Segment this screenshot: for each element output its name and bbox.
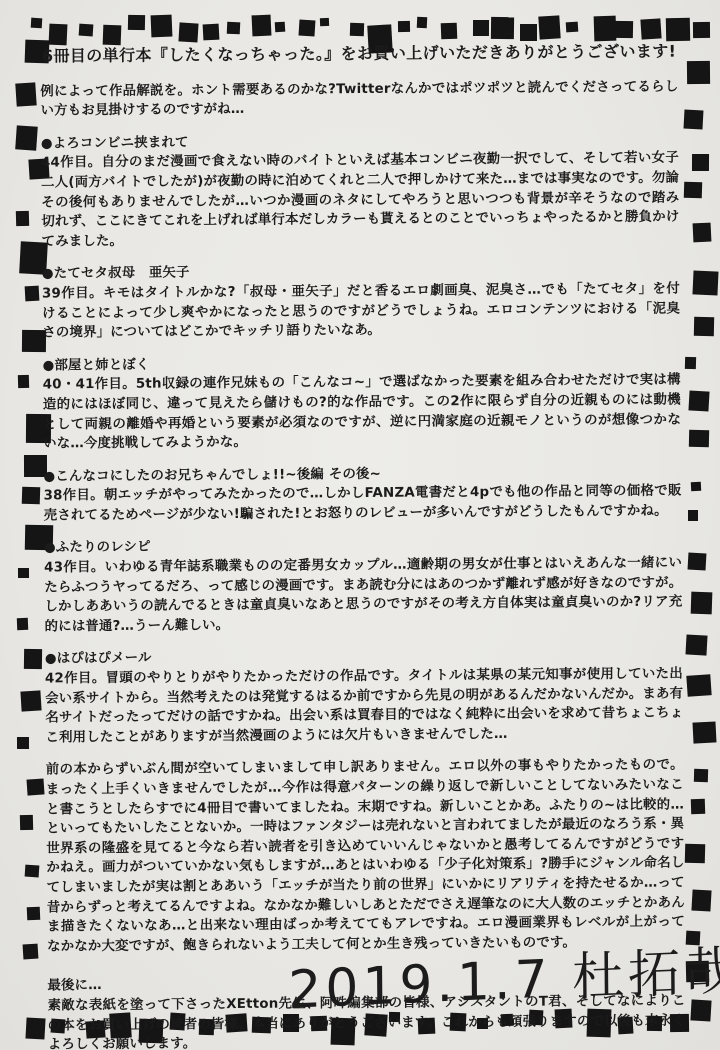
border-square <box>688 552 707 570</box>
border-square <box>20 690 41 711</box>
border-square <box>19 815 32 830</box>
border-square <box>685 844 705 864</box>
border-square <box>691 798 705 814</box>
border-square <box>694 769 709 782</box>
work-section: ●ふたりのレシピ 43作目。いわゆる青年誌系職業ものの定番男女カップル…適齢期の… <box>44 534 683 637</box>
border-square <box>226 22 239 35</box>
closing-paragraph: 前の本からずいぶん間が空いてしまいまして申し訳ありません。エロ以外の事もやりたか… <box>46 756 686 957</box>
work-body: 40・41作目。5th収録の連作兄妹もの「こんなコ~」で選ばなかった要素を組み合… <box>43 371 682 454</box>
border-square <box>693 721 717 743</box>
border-square <box>688 510 698 521</box>
work-body: 39作目。キモはタイトルかな?「叔母・亜矢子」だと香るエロ劇画臭、泥臭さ…でも「… <box>42 279 680 343</box>
border-square <box>350 22 365 35</box>
border-square <box>687 675 712 698</box>
border-square <box>102 25 121 45</box>
work-body: 43作目。いわゆる青年誌系職業ものの定番男女カップル…適齢期の男女が仕事とはいえ… <box>44 554 683 637</box>
work-body: 38作目。朝エッチがやってみたかったので…しかしFANZA電書だと4pでも他の作… <box>44 482 682 526</box>
border-square <box>689 430 709 448</box>
border-square <box>27 779 45 796</box>
border-square <box>49 24 68 46</box>
border-square <box>473 20 489 36</box>
border-square <box>22 944 38 960</box>
border-square <box>398 21 410 32</box>
border-square <box>79 23 93 36</box>
border-square <box>252 15 272 37</box>
border-square <box>26 1018 46 1040</box>
border-square <box>520 24 537 41</box>
work-section: ●はぴはぴメール 42作目。冒頭のやりとりがやりたかっただけの作品です。タイトル… <box>45 645 684 748</box>
work-section: ●たてセタ叔母 亜矢子 39作目。キモはタイトルかな?「叔母・亜矢子」だと香るエ… <box>42 260 681 343</box>
border-square <box>665 18 689 42</box>
border-square <box>151 15 173 38</box>
border-square <box>539 16 561 40</box>
border-square <box>22 487 40 504</box>
border-square <box>692 890 712 912</box>
border-square <box>319 17 329 26</box>
border-square <box>18 568 29 578</box>
afterword-page: 6冊目の単行本『したくなっちゃった。』をお買い上げいただきありがとうございます!… <box>0 0 720 1050</box>
border-square <box>298 19 315 36</box>
border-square <box>15 125 37 150</box>
border-square <box>25 286 40 301</box>
border-square <box>128 15 145 30</box>
border-square <box>275 22 286 33</box>
work-section: ●こんなコにしたのお兄ちゃんでしょ!!~後編 その後~ 38作目。朝エッチがやっ… <box>43 462 681 526</box>
border-square <box>692 154 709 171</box>
border-square <box>25 864 40 877</box>
border-square <box>15 82 37 107</box>
border-square <box>566 22 578 33</box>
border-square <box>693 223 712 243</box>
border-square <box>441 23 458 40</box>
border-square <box>27 907 40 921</box>
border-square <box>691 482 702 492</box>
border-square <box>692 271 718 296</box>
border-square <box>491 17 514 39</box>
work-body: 42作目。冒頭のやりとりがやりたかっただけの作品です。タイトルは某県の某元知事が… <box>45 665 684 748</box>
border-square <box>30 18 42 29</box>
border-square <box>202 24 219 41</box>
border-square <box>686 634 708 655</box>
border-square <box>640 18 661 39</box>
border-square <box>685 357 696 369</box>
border-square <box>178 22 198 42</box>
work-section: ●よろコンビニ挟まれて 44作目。自分のまだ漫画で食えない時のバイトといえば基本… <box>41 129 680 252</box>
work-body: 44作目。自分のまだ漫画で食えない時のバイトといえば基本コンビニ夜勤一択でして、… <box>41 149 680 252</box>
border-square <box>17 737 29 749</box>
work-section: ●部屋と姉とぼく 40・41作目。5th収録の連作兄妹もの「こんなコ~」で選ばな… <box>42 351 681 454</box>
border-square <box>17 618 29 630</box>
border-square <box>684 109 704 129</box>
border-square <box>18 375 30 388</box>
border-square <box>691 592 712 615</box>
afterword-content: 6冊目の単行本『したくなっちゃった。』をお買い上げいただきありがとうございます!… <box>40 42 686 1050</box>
border-square <box>693 317 713 337</box>
border-square <box>688 390 709 411</box>
border-square <box>417 17 428 28</box>
border-square <box>684 181 703 197</box>
page-title: 6冊目の単行本『したくなっちゃった。』をお買い上げいただきありがとうございます! <box>40 42 678 67</box>
border-square <box>693 21 710 37</box>
border-square <box>687 61 710 84</box>
border-square <box>16 211 30 227</box>
border-square <box>24 648 42 668</box>
border-square <box>614 21 634 38</box>
intro-paragraph: 例によって作品解説を。ホント需要あるのかな?Twitterなんかではポツポツと読… <box>40 77 678 121</box>
